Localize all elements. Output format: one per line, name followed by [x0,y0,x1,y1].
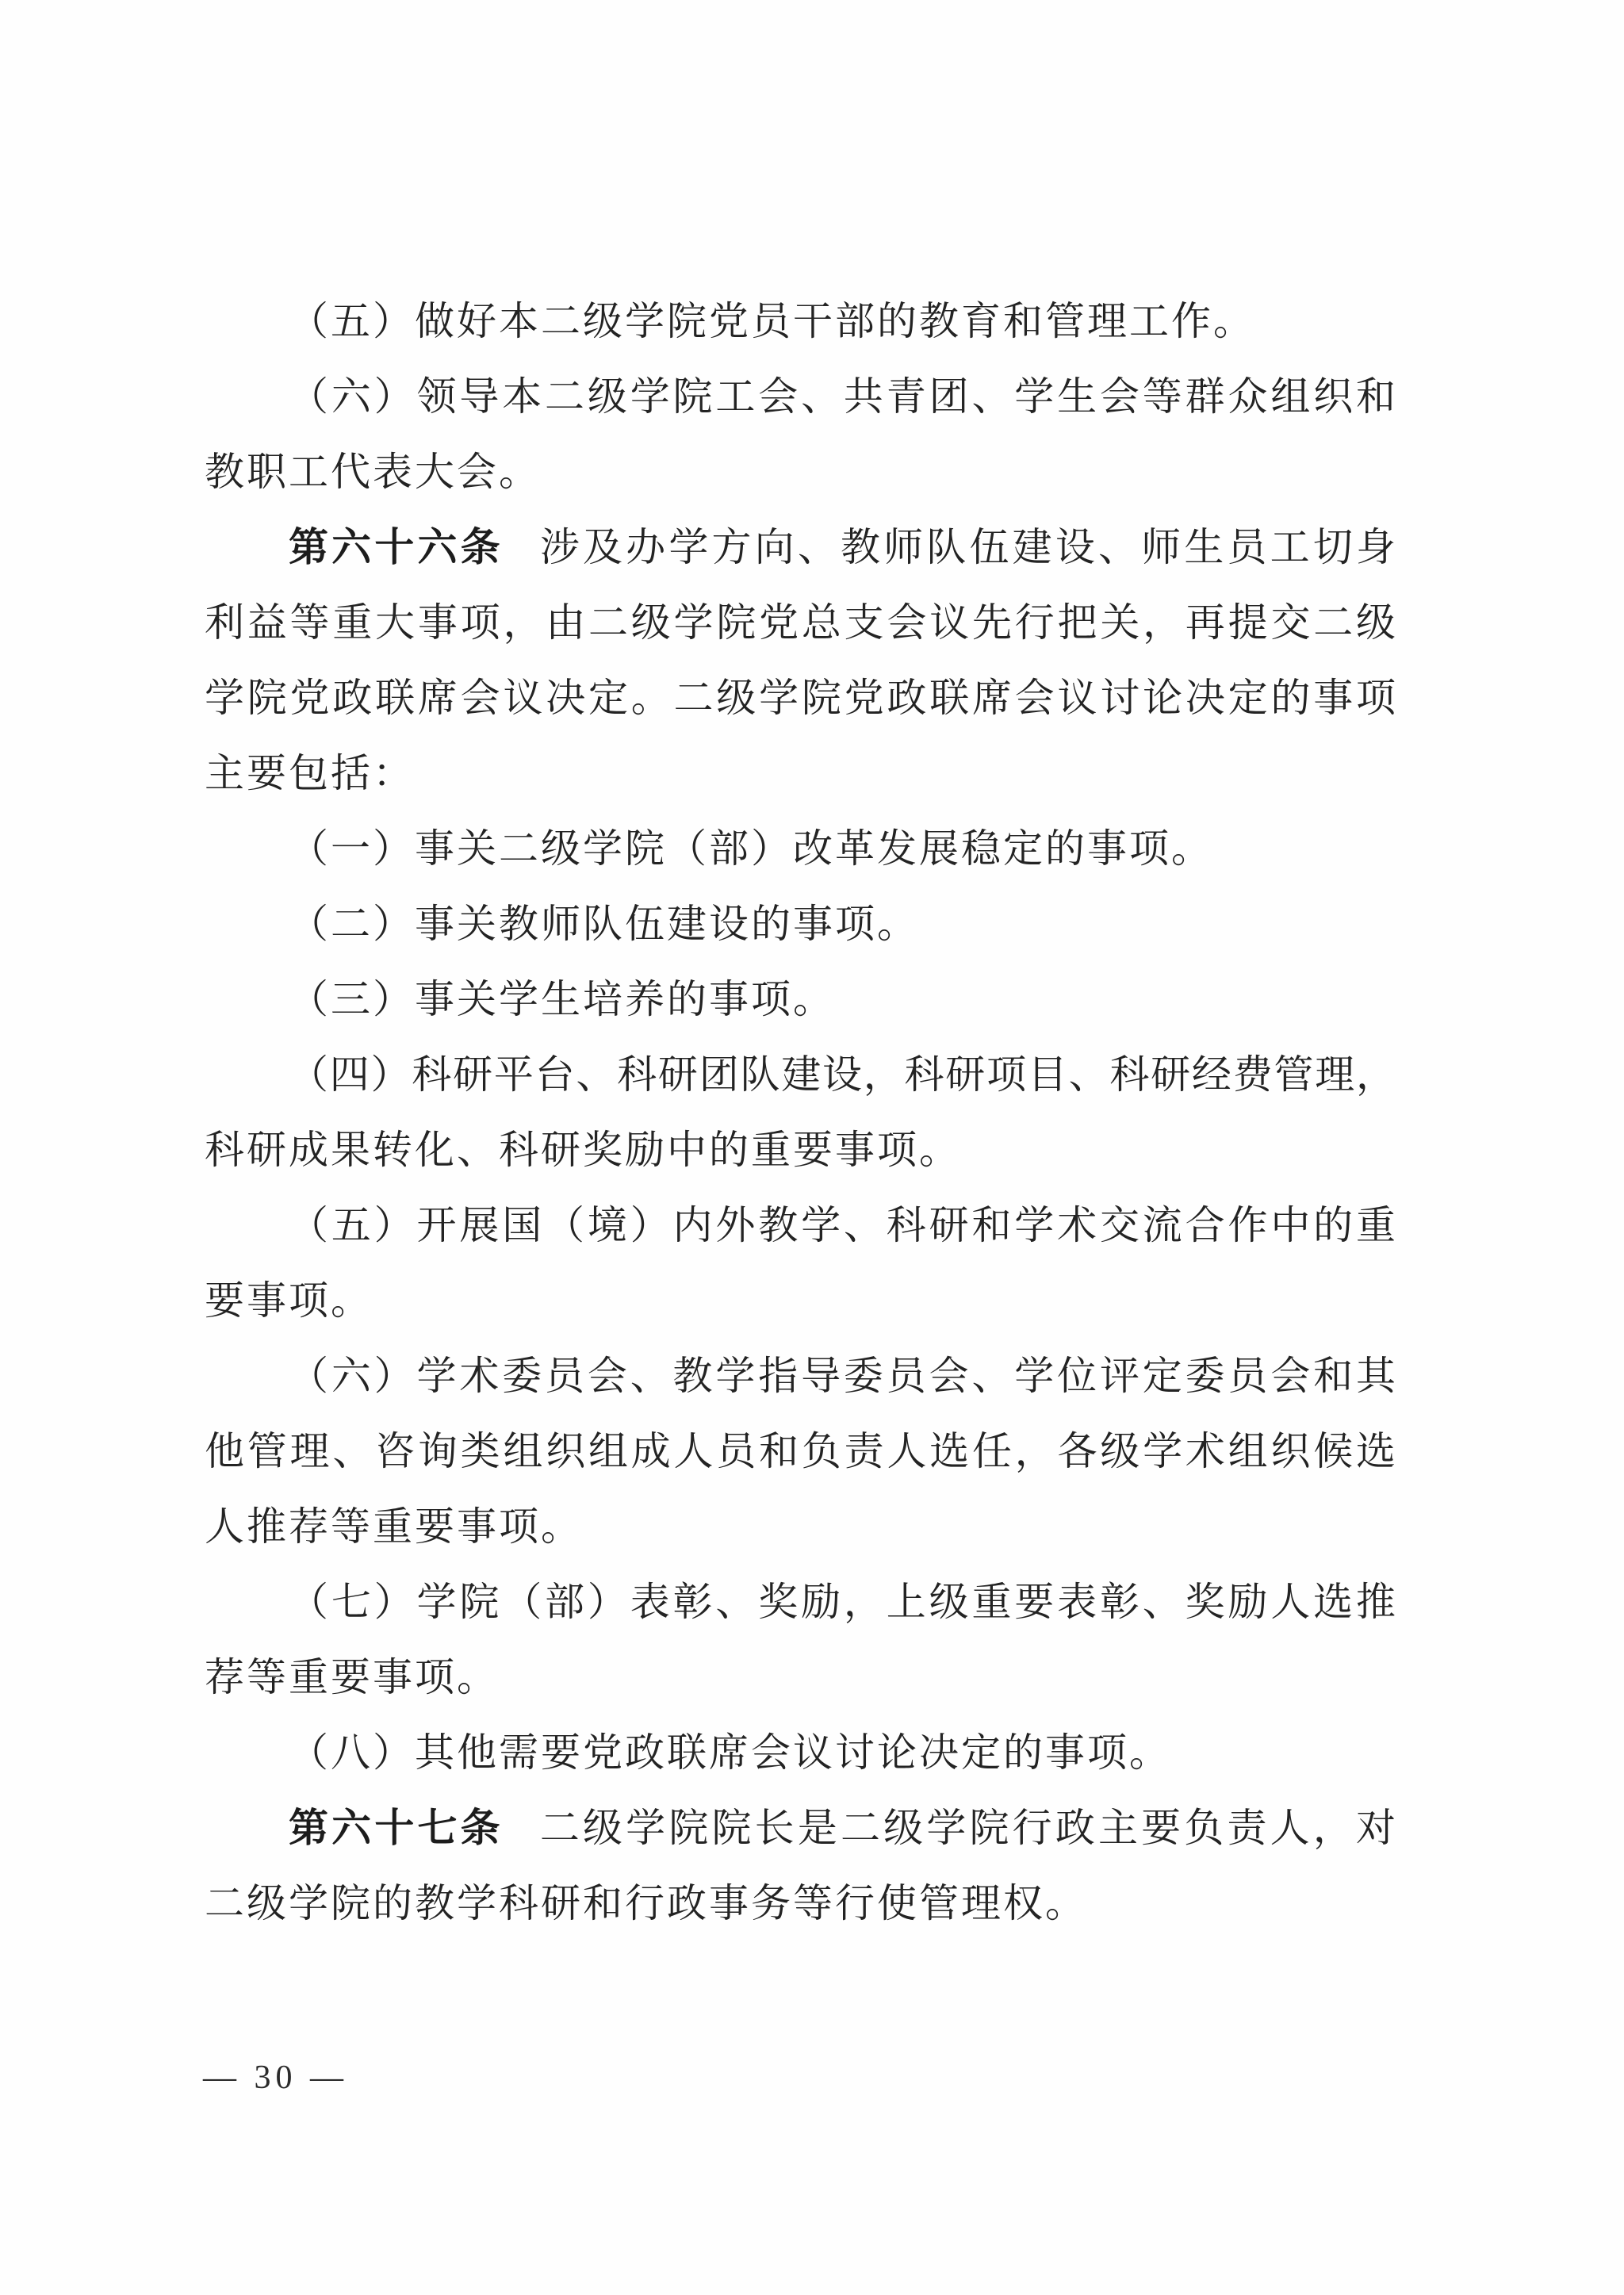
line-text: 学院党政联席会议决定。二级学院党政联席会议讨论决定的事项 [205,676,1396,720]
text-line: （七）学院（部）表彰、奖励，上级重要表彰、奖励人选推 [205,1565,1396,1640]
line-text: 教职工代表大会。 [205,450,541,494]
text-line: 主要包括： [205,736,1396,811]
line-text: 涉及办学方向、教师队伍建设、师生员工切身 [540,525,1396,569]
line-text: 科研成果转化、科研奖励中的重要事项。 [205,1128,961,1172]
text-line: （八）其他需要党政联席会议讨论决定的事项。 [205,1715,1396,1791]
line-text: （六）领导本二级学院工会、共青团、学生会等群众组织和 [289,374,1396,419]
text-line: （一）事关二级学院（部）改革发展稳定的事项。 [205,811,1396,887]
line-text: 主要包括： [205,751,415,795]
document-page: （五）做好本二级学院党员干部的教育和管理工作。（六）领导本二级学院工会、共青团、… [0,0,1624,2295]
text-line: （五）开展国（境）内外教学、科研和学术交流合作中的重 [205,1188,1396,1263]
article-number: 第六十七条 [289,1806,504,1850]
line-text: 他管理、咨询类组织组成人员和负责人选任，各级学术组织候选 [205,1429,1396,1473]
line-text: 人推荐等重要事项。 [205,1504,583,1549]
text-line: （六）学术委员会、教学指导委员会、学位评定委员会和其 [205,1339,1396,1414]
line-text: （二）事关教师队伍建设的事项。 [289,902,919,946]
text-line: （六）领导本二级学院工会、共青团、学生会等群众组织和 [205,359,1396,435]
text-line: （二）事关教师队伍建设的事项。 [205,887,1396,962]
text-line: 利益等重大事项，由二级学院党总支会议先行把关，再提交二级 [205,585,1396,661]
line-text: （四）科研平台、科研团队建设，科研项目、科研经费管理， [289,1052,1396,1097]
line-text: 利益等重大事项，由二级学院党总支会议先行把关，再提交二级 [205,600,1396,645]
text-line: 教职工代表大会。 [205,435,1396,510]
line-text: （五）开展国（境）内外教学、科研和学术交流合作中的重 [289,1203,1396,1247]
line-text: 荐等重要事项。 [205,1655,499,1699]
line-text: 二级学院院长是二级学院行政主要负责人，对 [540,1806,1396,1850]
text-line: 他管理、咨询类组织组成人员和负责人选任，各级学术组织候选 [205,1414,1396,1489]
page-number: — 30 — [203,2048,348,2108]
line-text: （七）学院（部）表彰、奖励，上级重要表彰、奖励人选推 [289,1580,1396,1624]
line-text: （三）事关学生培养的事项。 [289,977,835,1021]
text-line: 二级学院的教学科研和行政事务等行使管理权。 [205,1866,1396,1941]
line-text: 要事项。 [205,1278,373,1323]
line-text: 二级学院的教学科研和行政事务等行使管理权。 [205,1881,1087,1925]
line-text: （六）学术委员会、教学指导委员会、学位评定委员会和其 [289,1354,1396,1398]
text-line: （五）做好本二级学院党员干部的教育和管理工作。 [205,284,1396,359]
text-line: （四）科研平台、科研团队建设，科研项目、科研经费管理， [205,1037,1396,1113]
text-line: 学院党政联席会议决定。二级学院党政联席会议讨论决定的事项 [205,661,1396,736]
article-number: 第六十六条 [289,525,504,569]
text-line: 科研成果转化、科研奖励中的重要事项。 [205,1113,1396,1188]
line-text: （八）其他需要党政联席会议讨论决定的事项。 [289,1730,1171,1775]
line-text: （一）事关二级学院（部）改革发展稳定的事项。 [289,826,1213,871]
text-line: 要事项。 [205,1263,1396,1339]
text-line: （三）事关学生培养的事项。 [205,962,1396,1037]
article-line: 第六十六条涉及办学方向、教师队伍建设、师生员工切身 [205,510,1396,585]
text-line: 荐等重要事项。 [205,1640,1396,1715]
text-line: 人推荐等重要事项。 [205,1489,1396,1565]
line-text: （五）做好本二级学院党员干部的教育和管理工作。 [289,299,1255,343]
article-line: 第六十七条二级学院院长是二级学院行政主要负责人，对 [205,1791,1396,1866]
document-body: （五）做好本二级学院党员干部的教育和管理工作。（六）领导本二级学院工会、共青团、… [205,284,1396,1941]
